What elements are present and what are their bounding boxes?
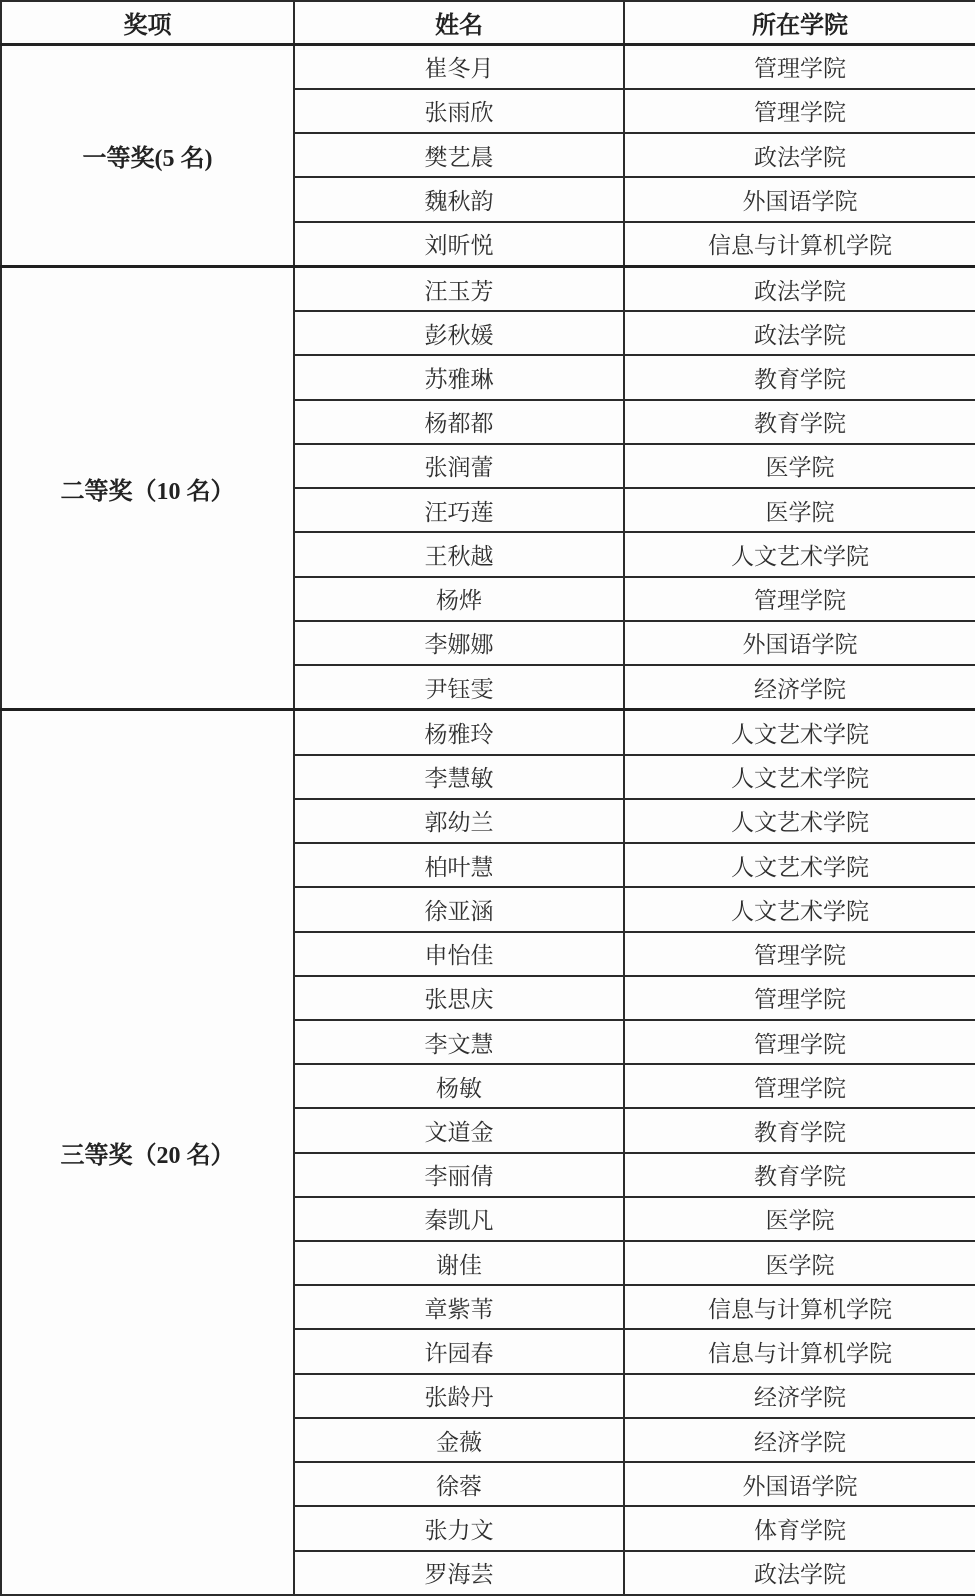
name-cell: 罗海芸 (294, 1551, 624, 1595)
college-cell: 管理学院 (624, 44, 975, 89)
college-cell: 政法学院 (624, 1551, 975, 1595)
name-cell: 杨雅玲 (294, 710, 624, 755)
name-cell: 张力文 (294, 1506, 624, 1550)
college-cell: 医学院 (624, 1197, 975, 1241)
header-name: 姓名 (294, 1, 624, 44)
name-cell: 徐亚涵 (294, 887, 624, 931)
name-cell: 张雨欣 (294, 89, 624, 133)
college-cell: 管理学院 (624, 1064, 975, 1108)
name-cell: 李娜娜 (294, 621, 624, 665)
college-cell: 医学院 (624, 488, 975, 532)
header-award: 奖项 (1, 1, 294, 44)
college-cell: 信息与计算机学院 (624, 222, 975, 267)
header-college: 所在学院 (624, 1, 975, 44)
college-cell: 人文艺术学院 (624, 887, 975, 931)
college-cell: 教育学院 (624, 1108, 975, 1152)
name-cell: 许园春 (294, 1329, 624, 1373)
name-cell: 王秋越 (294, 532, 624, 576)
name-cell: 金薇 (294, 1418, 624, 1462)
table-row: 三等奖（20 名）杨雅玲人文艺术学院 (1, 710, 975, 755)
college-cell: 医学院 (624, 444, 975, 488)
name-cell: 张润蕾 (294, 444, 624, 488)
college-cell: 经济学院 (624, 1418, 975, 1462)
name-cell: 徐蓉 (294, 1462, 624, 1506)
name-cell: 魏秋韵 (294, 177, 624, 221)
header-row: 奖项 姓名 所在学院 (1, 1, 975, 44)
name-cell: 章紫苇 (294, 1285, 624, 1329)
college-cell: 教育学院 (624, 400, 975, 444)
table-row: 一等奖(5 名)崔冬月管理学院 (1, 44, 975, 89)
college-cell: 政法学院 (624, 266, 975, 311)
college-cell: 外国语学院 (624, 177, 975, 221)
name-cell: 李丽倩 (294, 1153, 624, 1197)
award-group-label: 一等奖(5 名) (1, 44, 294, 266)
college-cell: 管理学院 (624, 976, 975, 1020)
college-cell: 管理学院 (624, 89, 975, 133)
college-cell: 管理学院 (624, 577, 975, 621)
name-cell: 尹钰雯 (294, 665, 624, 710)
name-cell: 汪玉芳 (294, 266, 624, 311)
college-cell: 教育学院 (624, 355, 975, 399)
college-cell: 外国语学院 (624, 621, 975, 665)
name-cell: 张思庆 (294, 976, 624, 1020)
college-cell: 人文艺术学院 (624, 799, 975, 843)
name-cell: 文道金 (294, 1108, 624, 1152)
name-cell: 张龄丹 (294, 1374, 624, 1418)
college-cell: 人文艺术学院 (624, 755, 975, 799)
college-cell: 经济学院 (624, 665, 975, 710)
name-cell: 苏雅琳 (294, 355, 624, 399)
name-cell: 杨都都 (294, 400, 624, 444)
college-cell: 管理学院 (624, 1020, 975, 1064)
name-cell: 柏叶慧 (294, 843, 624, 887)
name-cell: 汪巧莲 (294, 488, 624, 532)
award-group-label: 二等奖（10 名） (1, 266, 294, 709)
college-cell: 信息与计算机学院 (624, 1329, 975, 1373)
college-cell: 人文艺术学院 (624, 843, 975, 887)
college-cell: 信息与计算机学院 (624, 1285, 975, 1329)
name-cell: 秦凯凡 (294, 1197, 624, 1241)
award-group-label: 三等奖（20 名） (1, 710, 294, 1595)
college-cell: 政法学院 (624, 311, 975, 355)
name-cell: 崔冬月 (294, 44, 624, 89)
name-cell: 申怡佳 (294, 932, 624, 976)
college-cell: 经济学院 (624, 1374, 975, 1418)
college-cell: 外国语学院 (624, 1462, 975, 1506)
name-cell: 谢佳 (294, 1241, 624, 1285)
name-cell: 郭幼兰 (294, 799, 624, 843)
name-cell: 彭秋媛 (294, 311, 624, 355)
college-cell: 体育学院 (624, 1506, 975, 1550)
name-cell: 樊艺晨 (294, 133, 624, 177)
name-cell: 杨敏 (294, 1064, 624, 1108)
name-cell: 杨烨 (294, 577, 624, 621)
awards-table-header: 奖项 姓名 所在学院 (1, 1, 975, 44)
college-cell: 政法学院 (624, 133, 975, 177)
table-row: 二等奖（10 名）汪玉芳政法学院 (1, 266, 975, 311)
name-cell: 刘昕悦 (294, 222, 624, 267)
awards-table: 奖项 姓名 所在学院 一等奖(5 名)崔冬月管理学院张雨欣管理学院樊艺晨政法学院… (0, 0, 975, 1596)
college-cell: 管理学院 (624, 932, 975, 976)
awards-tbody: 一等奖(5 名)崔冬月管理学院张雨欣管理学院樊艺晨政法学院魏秋韵外国语学院刘昕悦… (1, 44, 975, 1595)
college-cell: 人文艺术学院 (624, 710, 975, 755)
name-cell: 李文慧 (294, 1020, 624, 1064)
college-cell: 医学院 (624, 1241, 975, 1285)
name-cell: 李慧敏 (294, 755, 624, 799)
college-cell: 教育学院 (624, 1153, 975, 1197)
college-cell: 人文艺术学院 (624, 532, 975, 576)
